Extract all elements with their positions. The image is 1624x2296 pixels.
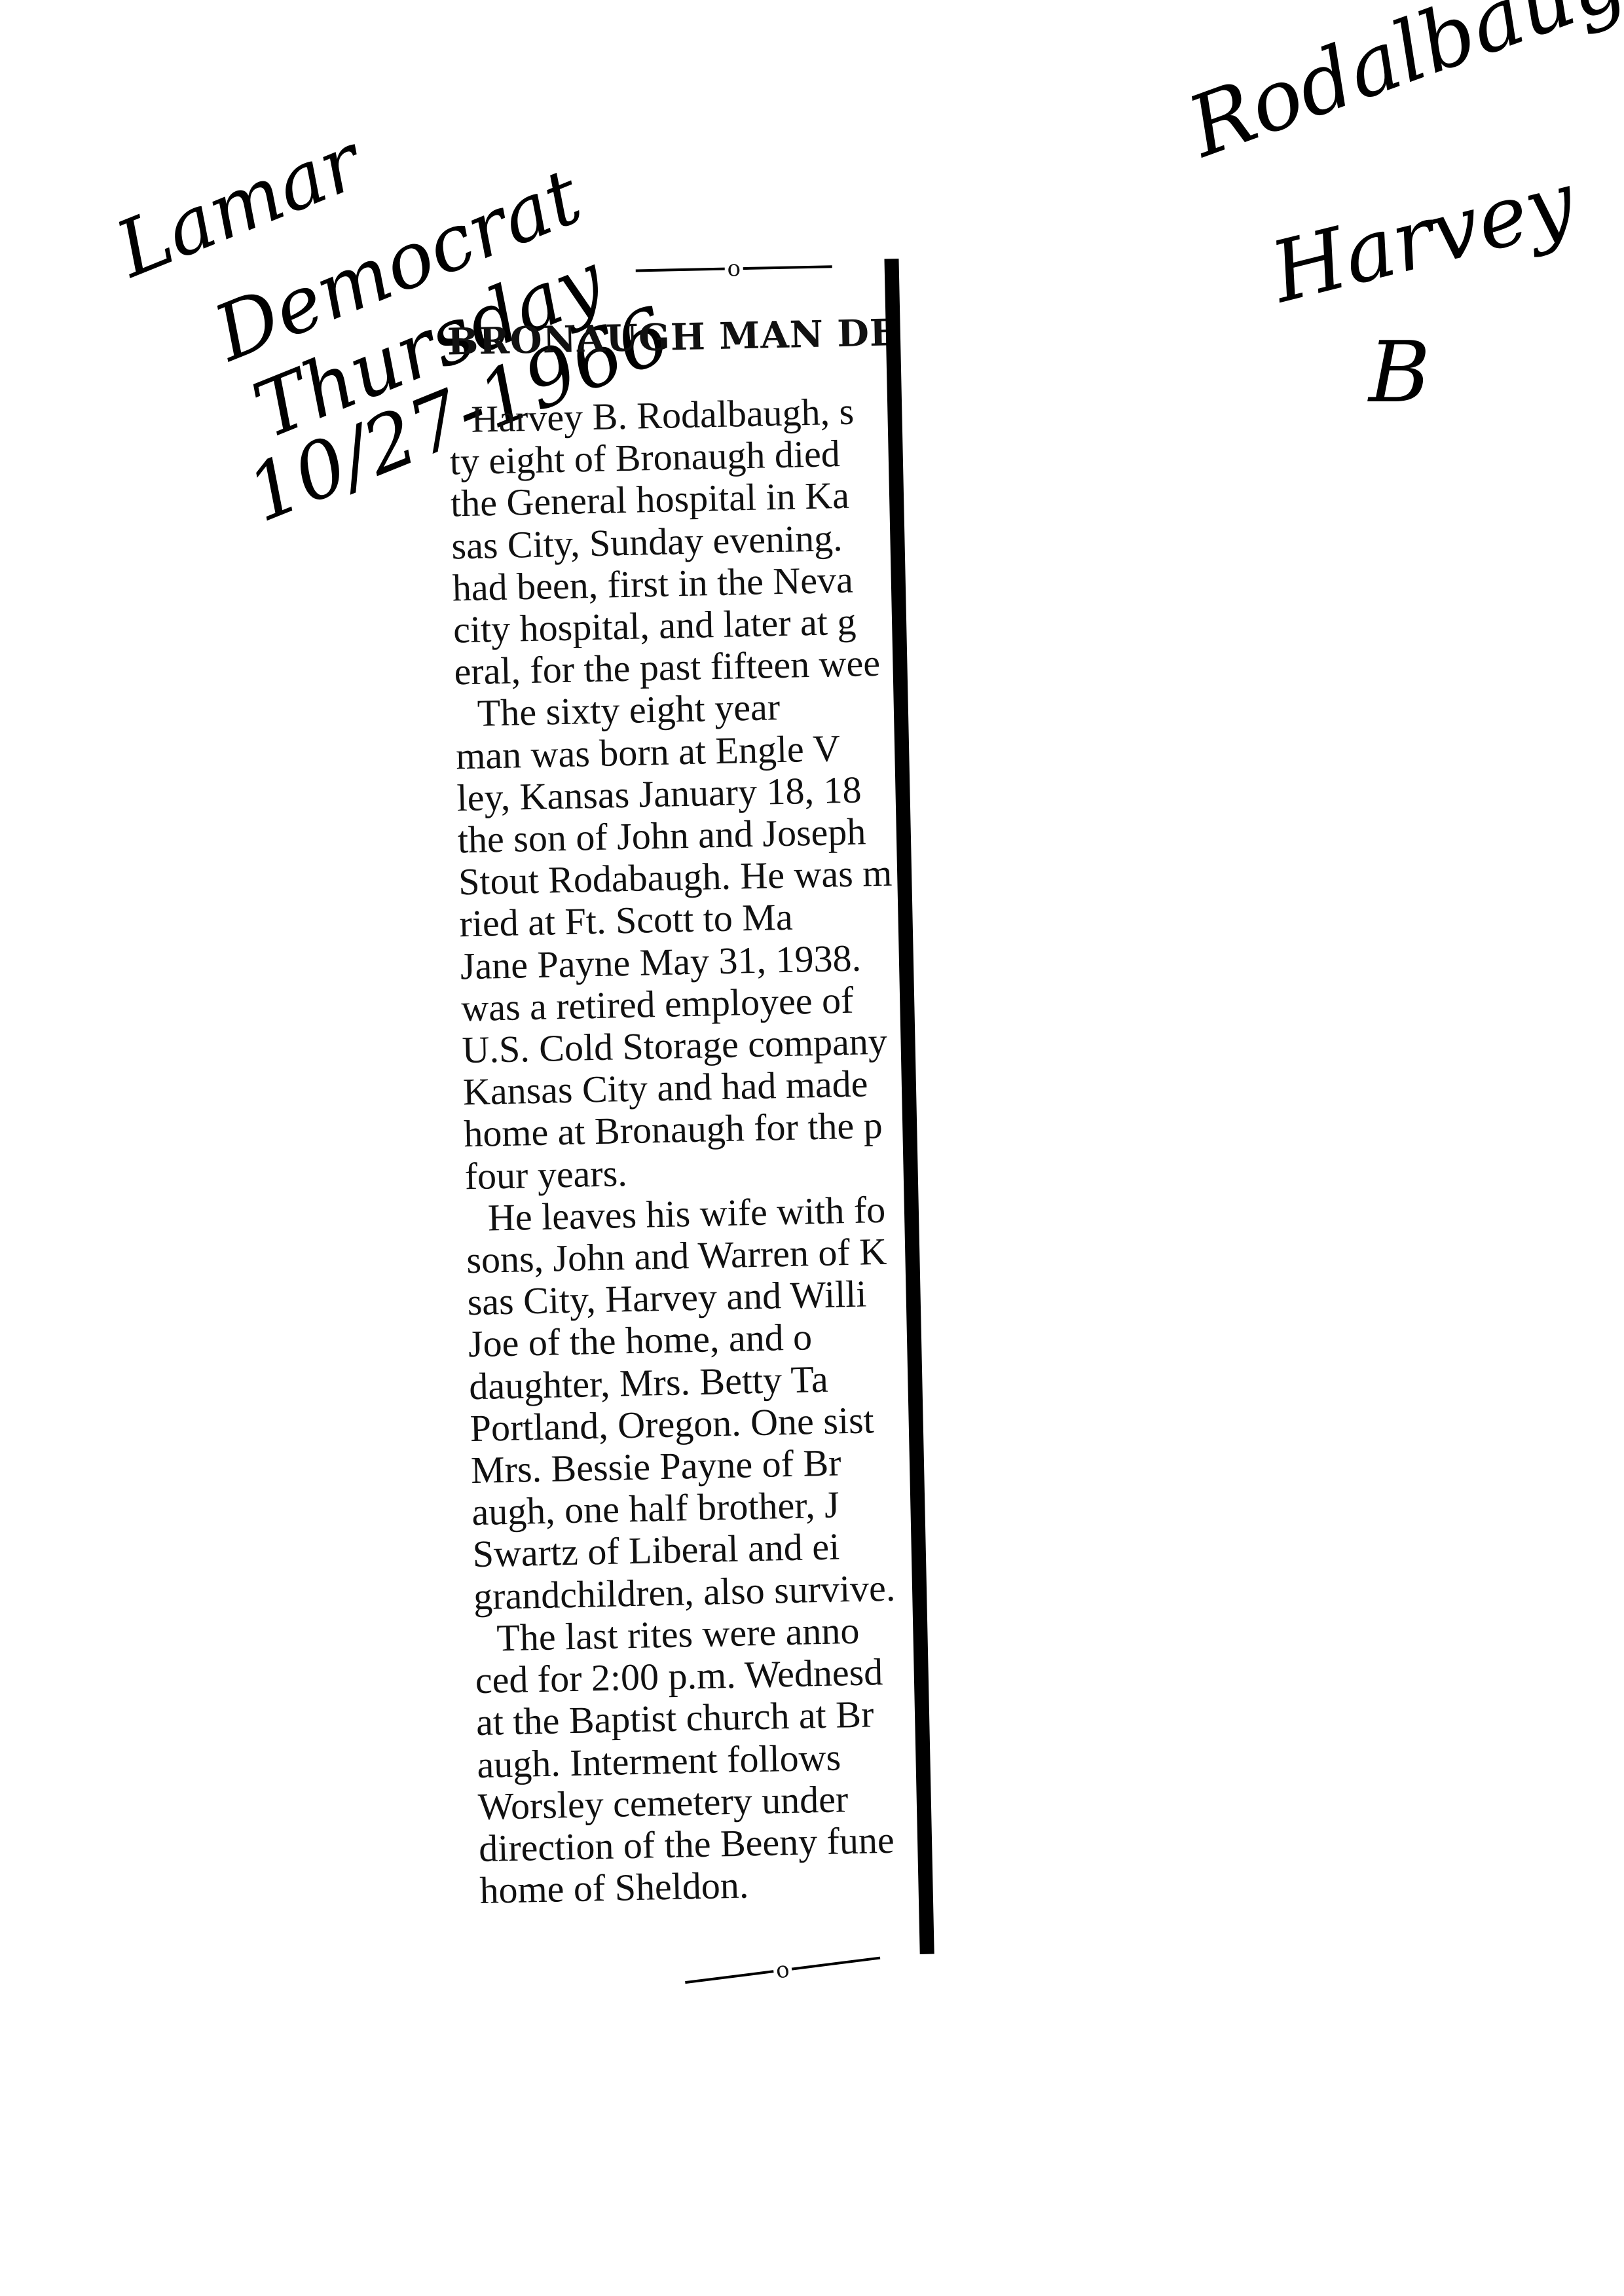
divider-line-right [792, 1957, 880, 1971]
divider-ornament: o [724, 257, 743, 280]
obituary-body: Harvey B. Rodalbaugh, sty eight of Brona… [449, 390, 925, 1912]
divider-ornament: o [772, 1958, 794, 1982]
top-divider: o [635, 253, 832, 283]
divider-line-left [636, 268, 725, 272]
divider-line-right [743, 265, 832, 270]
text-line: home of Sheldon. [479, 1861, 925, 1912]
divider-line-left [685, 1970, 773, 1984]
obituary-headline: BRONAUGH MAN DEAD [447, 311, 893, 363]
note-middle-initial: B [1369, 331, 1624, 415]
note-surname: Rodalbaugh, [1179, 0, 1624, 170]
newspaper-clipping: o BRONAUGH MAN DEAD Harvey B. Rodalbaugh… [432, 238, 967, 2029]
handwritten-name-note: Rodalbaugh, Harvey B [1179, 92, 1624, 343]
bottom-divider: o [684, 1945, 882, 1995]
